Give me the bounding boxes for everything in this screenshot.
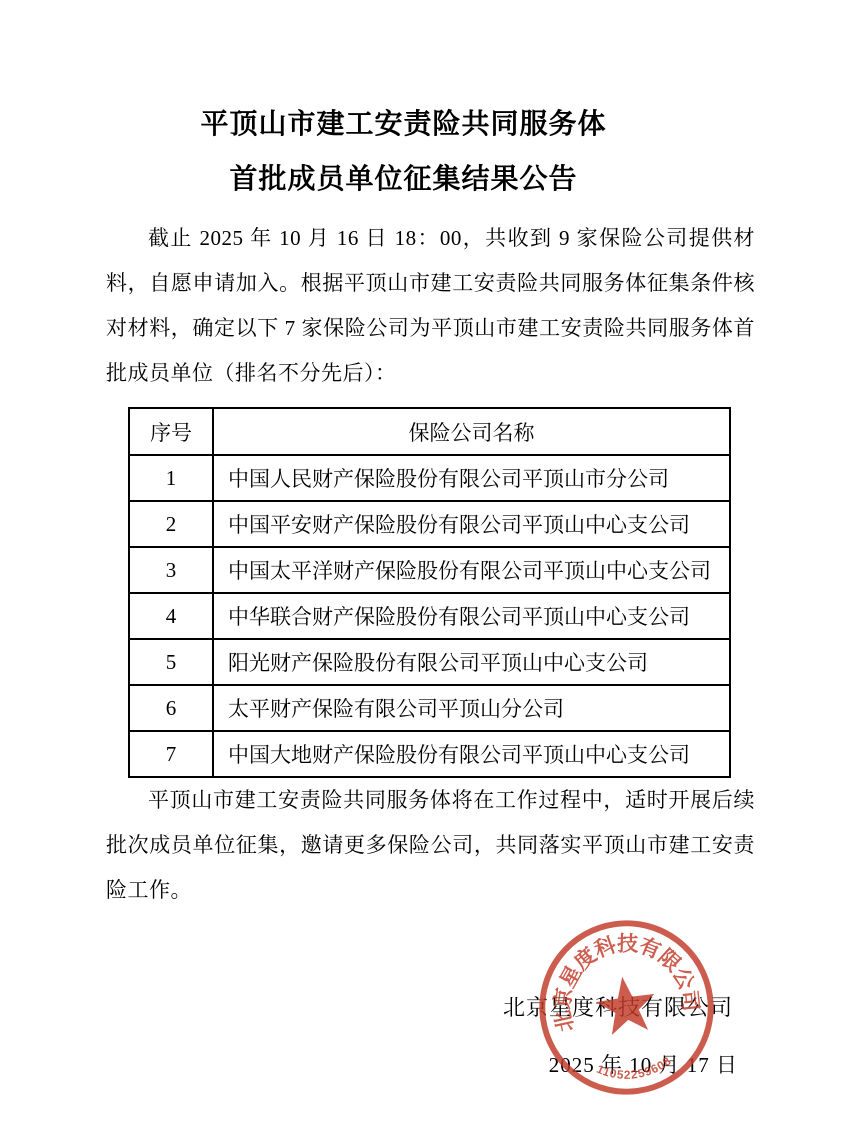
row-company-name: 中华联合财产保险股份有限公司平顶山中心支公司 (213, 593, 730, 639)
table-row: 5 阳光财产保险股份有限公司平顶山中心支公司 (129, 639, 730, 685)
row-company-name: 中国太平洋财产保险股份有限公司平顶山中心支公司 (213, 547, 730, 593)
table-row: 7 中国大地财产保险股份有限公司平顶山中心支公司 (129, 731, 730, 777)
signature-date: 2025 年 10 月 17 日 (549, 1049, 738, 1079)
intro-paragraph: 截止 2025 年 10 月 16 日 18：00，共收到 9 家保险公司提供材… (106, 216, 755, 396)
table-header: 序号 保险公司名称 (129, 408, 730, 455)
announcement-page: { "document": { "title_line1": "平顶山市建工安责… (0, 0, 859, 1123)
row-company-name: 中国平安财产保险股份有限公司平顶山中心支公司 (213, 501, 730, 547)
table-row: 6 太平财产保险有限公司平顶山分公司 (129, 685, 730, 731)
row-company-name: 中国人民财产保险股份有限公司平顶山市分公司 (213, 455, 730, 501)
row-company-name: 中国大地财产保险股份有限公司平顶山中心支公司 (213, 731, 730, 777)
row-index: 4 (129, 593, 213, 639)
row-index: 7 (129, 731, 213, 777)
row-index: 3 (129, 547, 213, 593)
member-units-table: 序号 保险公司名称 1 中国人民财产保险股份有限公司平顶山市分公司 2 中国平安… (128, 407, 731, 778)
table-body: 1 中国人民财产保险股份有限公司平顶山市分公司 2 中国平安财产保险股份有限公司… (129, 455, 730, 777)
row-index: 5 (129, 639, 213, 685)
closing-paragraph: 平顶山市建工安责险共同服务体将在工作过程中，适时开展后续批次成员单位征集，邀请更… (106, 778, 755, 913)
row-company-name: 阳光财产保险股份有限公司平顶山中心支公司 (213, 639, 730, 685)
doc-title-line-1: 平顶山市建工安责险共同服务体 (0, 108, 833, 140)
row-index: 2 (129, 501, 213, 547)
table-row: 1 中国人民财产保险股份有限公司平顶山市分公司 (129, 455, 730, 501)
row-index: 1 (129, 455, 213, 501)
header-index: 序号 (129, 408, 213, 455)
doc-title-line-2: 首批成员单位征集结果公告 (0, 163, 833, 195)
table-row: 2 中国平安财产保险股份有限公司平顶山中心支公司 (129, 501, 730, 547)
signature-company-name: 北京星度科技有限公司 (503, 991, 733, 1022)
table-row: 4 中华联合财产保险股份有限公司平顶山中心支公司 (129, 593, 730, 639)
table-row: 3 中国太平洋财产保险股份有限公司平顶山中心支公司 (129, 547, 730, 593)
row-company-name: 太平财产保险有限公司平顶山分公司 (213, 685, 730, 731)
header-company-name: 保险公司名称 (213, 408, 730, 455)
table-header-row: 序号 保险公司名称 (129, 408, 730, 455)
row-index: 6 (129, 685, 213, 731)
